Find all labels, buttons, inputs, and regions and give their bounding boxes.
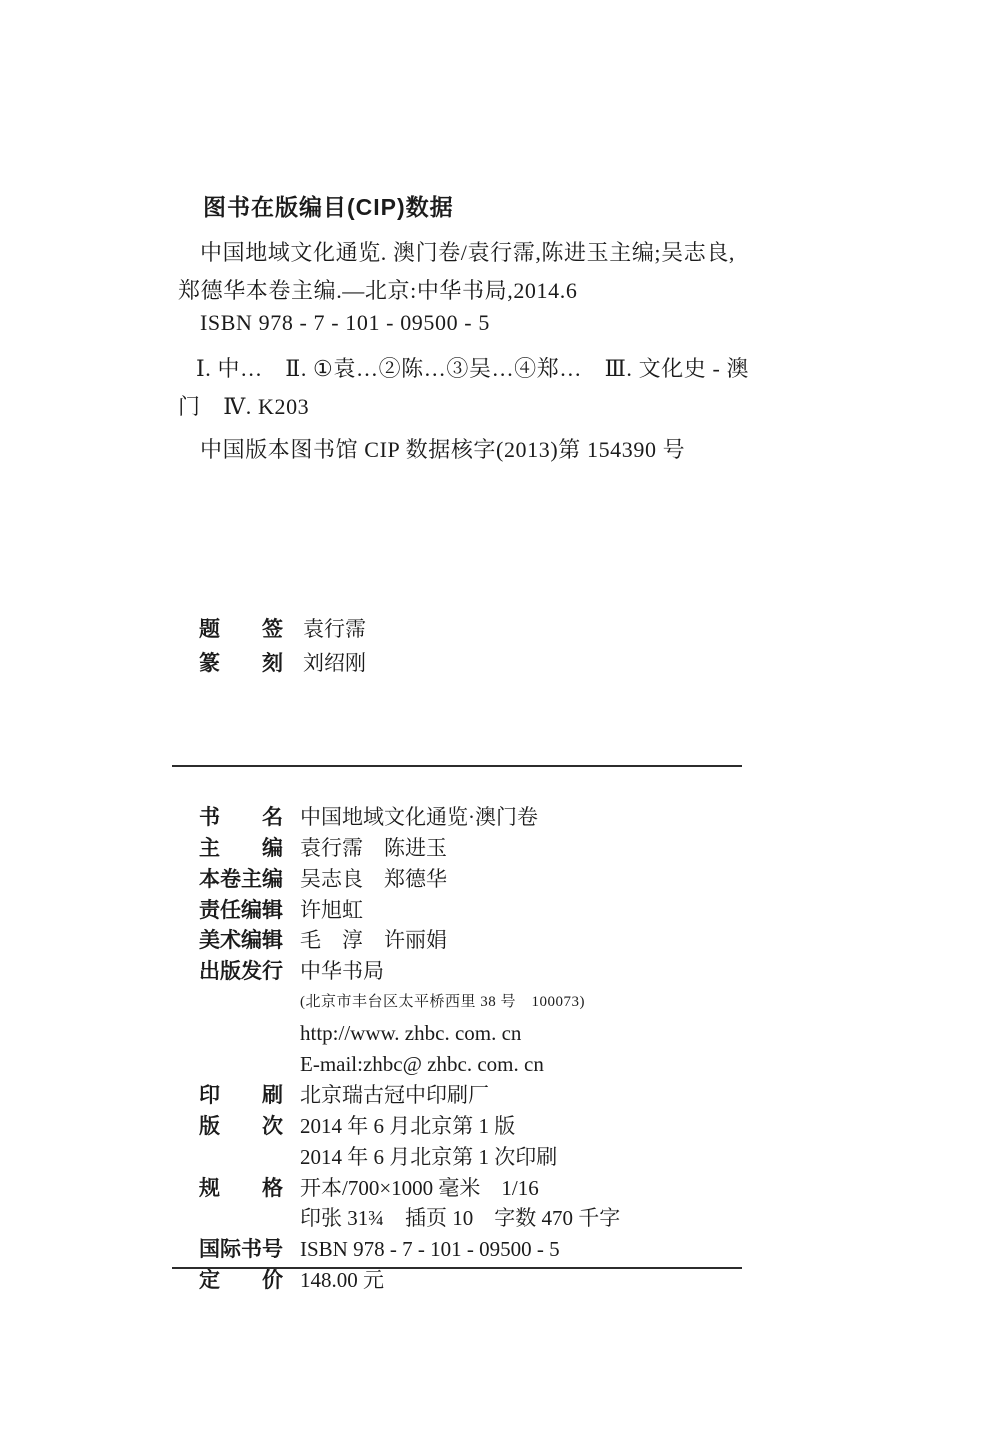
colophon-value: 开本/700×1000 毫米 1/16	[300, 1176, 539, 1200]
cip-classification-line-1: Ⅰ. 中… Ⅱ. ①袁…②陈…③吴…④郑… Ⅲ. 文化史 - 澳	[196, 352, 749, 383]
colophon-value: 袁行霈 陈进玉	[300, 836, 447, 860]
colophon-value: ISBN 978 - 7 - 101 - 09500 - 5	[300, 1237, 560, 1261]
cip-description-line-1: 中国地域文化通览. 澳门卷/袁行霈,陈进玉主编;吴志良,	[200, 236, 735, 267]
colophon-label: 本卷主编	[199, 865, 300, 896]
colophon-value: E-mail:zhbc@ zhbc. com. cn	[300, 1052, 544, 1076]
colophon-table: 书 名中国地域文化通览·澳门卷 主 编袁行霈 陈进玉 本卷主编吴志良 郑德华 责…	[175, 771, 775, 1265]
colophon-bottom-rule	[172, 1267, 742, 1269]
colophon-value: 毛 淳 许丽娟	[300, 928, 447, 952]
colophon-label: 定 价	[199, 1266, 300, 1297]
credit-value: 袁行霈	[303, 617, 366, 641]
colophon-value: (北京市丰台区太平桥西里 38 号 100073)	[300, 994, 585, 1010]
credits-block: 题 签袁行霈 篆 刻刘绍刚	[175, 578, 366, 646]
credit-label: 篆 刻	[199, 647, 303, 681]
colophon-label: 国际书号	[199, 1235, 300, 1266]
colophon-label: 版 次	[199, 1112, 300, 1143]
colophon-label: 美术编辑	[199, 926, 300, 957]
cip-isbn-line: ISBN 978 - 7 - 101 - 09500 - 5	[200, 310, 490, 336]
colophon-label: 印 刷	[199, 1081, 300, 1112]
cip-classification-line-2: 门 Ⅳ. K203	[178, 390, 309, 421]
colophon-value: 中华书局	[300, 959, 384, 983]
colophon-value: 印张 31¾ 插页 10 字数 470 千字	[300, 1206, 620, 1230]
cip-description-line-2: 郑德华本卷主编.—北京:中华书局,2014.6	[178, 274, 577, 305]
colophon-label: 规 格	[199, 1174, 300, 1205]
credit-row-inscription: 题 签袁行霈	[175, 578, 366, 612]
colophon-value: 许旭虹	[300, 898, 363, 922]
colophon-value: 吴志良 郑德华	[300, 867, 447, 891]
colophon-value: 148.00 元	[300, 1268, 384, 1292]
colophon-value: http://www. zhbc. com. cn	[300, 1021, 521, 1045]
cip-record-number-line: 中国版本图书馆 CIP 数据核字(2013)第 154390 号	[200, 433, 685, 464]
copyright-page: 图书在版编目(CIP)数据 中国地域文化通览. 澳门卷/袁行霈,陈进玉主编;吴志…	[0, 0, 986, 1439]
colophon-label: 书 名	[199, 803, 300, 834]
colophon-label: 主 编	[199, 834, 300, 865]
colophon-label: 责任编辑	[199, 896, 300, 927]
colophon-value: 2014 年 6 月北京第 1 次印刷	[300, 1145, 557, 1169]
colophon-row-title: 书 名中国地域文化通览·澳门卷	[175, 771, 775, 802]
colophon-label: 出版发行	[199, 957, 300, 988]
cip-header: 图书在版编目(CIP)数据	[203, 189, 454, 222]
credit-value: 刘绍刚	[303, 651, 366, 675]
colophon-value: 2014 年 6 月北京第 1 版	[300, 1114, 515, 1138]
credit-label: 题 签	[199, 613, 303, 647]
colophon-top-rule	[172, 765, 742, 767]
colophon-value: 北京瑞古冠中印刷厂	[300, 1083, 489, 1107]
colophon-value: 中国地域文化通览·澳门卷	[300, 805, 538, 829]
